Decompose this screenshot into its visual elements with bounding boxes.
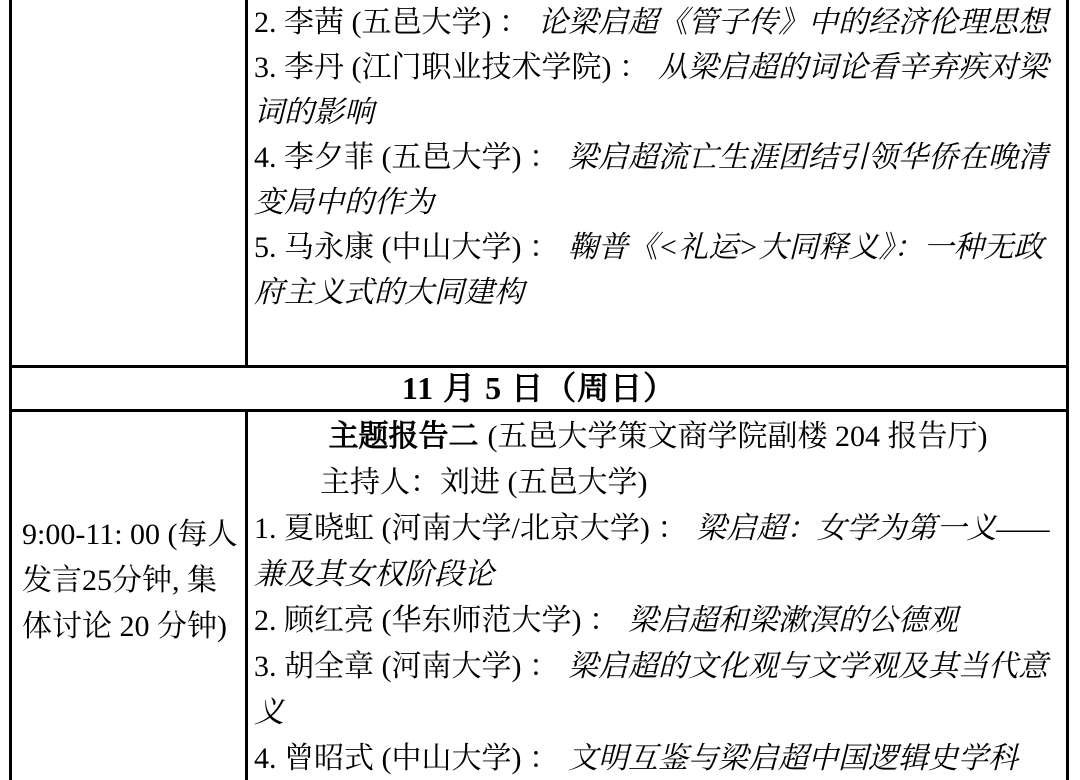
date-header: 11 月 5 日（周日） — [402, 368, 676, 409]
moderator-label: 主持人：刘进 (五邑大学) — [320, 466, 647, 499]
speaker-label: 4. 曾昭式 (中山大学) ： — [254, 742, 559, 775]
session-time: 9:00-11: 00 (每人发言25分钟, 集体讨论 20 分钟) — [22, 518, 238, 643]
agenda-item: 1. 夏晓虹 (河南大学/北京大学) ：梁启超：女学为第一义——兼及其女权阶段论 — [254, 506, 1062, 598]
previous-session-agenda-cell: 2. 李茜 (五邑大学) ：论梁启超《管子传》中的经济伦理思想 3. 李丹 (江… — [248, 0, 1066, 365]
agenda-item: 4. 李夕菲 (五邑大学) ：梁启超流亡生涯团结引领华侨在晚清变局中的作为 — [254, 135, 1062, 225]
morning-session-time-cell: 9:00-11: 00 (每人发言25分钟, 集体讨论 20 分钟) — [12, 412, 248, 780]
speaker-label: 4. 李夕菲 (五邑大学) ： — [254, 141, 559, 174]
speaker-label: 3. 胡全章 (河南大学) ： — [254, 650, 559, 683]
speaker-label: 3. 李丹 (江门职业技术学院) ： — [254, 51, 649, 84]
speaker-label: 2. 李茜 (五邑大学) ： — [254, 6, 529, 39]
agenda-item: 4. 曾昭式 (中山大学) ：文明互鉴与梁启超中国逻辑史学科 — [254, 736, 1062, 780]
morning-session-agenda-cell: 主题报告二(五邑大学策文商学院副楼 204 报告厅) 主持人：刘进 (五邑大学)… — [248, 412, 1066, 780]
date-header-row: 11 月 5 日（周日） — [12, 365, 1066, 412]
schedule-table: 2. 李茜 (五邑大学) ：论梁启超《管子传》中的经济伦理思想 3. 李丹 (江… — [9, 0, 1069, 780]
moderator-line: 主持人：刘进 (五邑大学) — [254, 460, 1062, 506]
previous-session-time-cell — [12, 0, 248, 365]
paper-title: 文明互鉴与梁启超中国逻辑史学科 — [568, 742, 1018, 775]
agenda-item: 3. 李丹 (江门职业技术学院) ：从梁启超的词论看辛弃疾对梁词的影响 — [254, 45, 1062, 135]
speaker-label: 2. 顾红亮 (华东师范大学) ： — [254, 604, 619, 637]
speaker-label: 5. 马永康 (中山大学) ： — [254, 231, 559, 264]
conference-schedule-page: 2. 李茜 (五邑大学) ：论梁启超《管子传》中的经济伦理思想 3. 李丹 (江… — [0, 0, 1080, 780]
paper-title: 论梁启超《管子传》中的经济伦理思想 — [538, 6, 1048, 39]
session-title: 主题报告二 — [329, 420, 479, 453]
agenda-item: 2. 顾红亮 (华东师范大学) ：梁启超和梁漱溟的公德观 — [254, 598, 1062, 644]
agenda-item: 2. 李茜 (五邑大学) ：论梁启超《管子传》中的经济伦理思想 — [254, 0, 1062, 45]
session-head-line: 主题报告二(五邑大学策文商学院副楼 204 报告厅) — [254, 414, 1062, 460]
agenda-item: 3. 胡全章 (河南大学) ：梁启超的文化观与文学观及其当代意义 — [254, 644, 1062, 736]
morning-session-row: 9:00-11: 00 (每人发言25分钟, 集体讨论 20 分钟) 主题报告二… — [12, 412, 1066, 780]
session-location: (五邑大学策文商学院副楼 204 报告厅) — [488, 420, 988, 453]
previous-session-row: 2. 李茜 (五邑大学) ：论梁启超《管子传》中的经济伦理思想 3. 李丹 (江… — [12, 0, 1066, 365]
speaker-label: 1. 夏晓虹 (河南大学/北京大学) ： — [254, 512, 687, 545]
paper-title: 梁启超和梁漱溟的公德观 — [628, 604, 958, 637]
agenda-item: 5. 马永康 (中山大学) ：鞠普《<礼运>大同释义》：一种无政府主义式的大同建… — [254, 225, 1062, 315]
